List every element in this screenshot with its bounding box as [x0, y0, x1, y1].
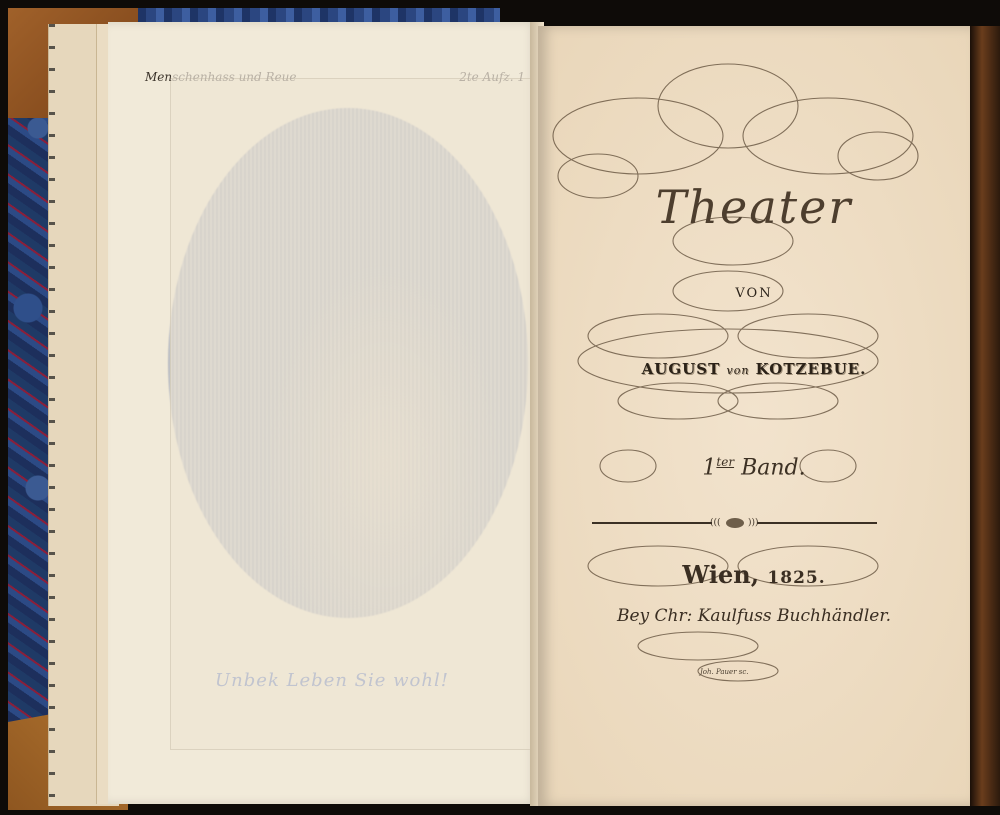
title: Theater [538, 180, 970, 234]
von-label: VON [538, 286, 970, 301]
tissue-guard [170, 78, 537, 750]
running-head: Menschenhass und Reue 2te Aufz. 1 [145, 70, 525, 84]
title-page [538, 26, 970, 806]
volume-word: Band. [741, 455, 806, 480]
volume-ordinal: 1 [702, 455, 716, 480]
place: Wien, [682, 560, 759, 589]
frontispiece-caption: Unbek Leben Sie wohl! [215, 670, 515, 691]
calligraphic-flourishes [538, 26, 970, 806]
author: AUGUST von KOTZEBUE. [538, 360, 970, 378]
volume-ordinal-suffix: ter [716, 455, 734, 469]
board-right [970, 26, 1000, 806]
year: 1825. [767, 568, 825, 588]
imprint-place: Wien, 1825. [538, 560, 970, 589]
author-first: AUGUST [642, 360, 721, 378]
running-head-left-faded: schenhass und Reue [172, 70, 296, 84]
author-last: KOTZEBUE. [756, 360, 867, 378]
running-head-right: 2te Aufz. 1 [459, 70, 525, 84]
engraver-signature: Joh. Pauer sc. [700, 668, 780, 676]
ornamental-rule: ((())) [592, 518, 877, 528]
running-head-left: Men [145, 70, 172, 84]
volume: 1ter Band. [538, 455, 970, 480]
author-particle: von [727, 364, 750, 377]
publisher: Bey Chr: Kaulfuss Buchhändler. [538, 606, 970, 626]
